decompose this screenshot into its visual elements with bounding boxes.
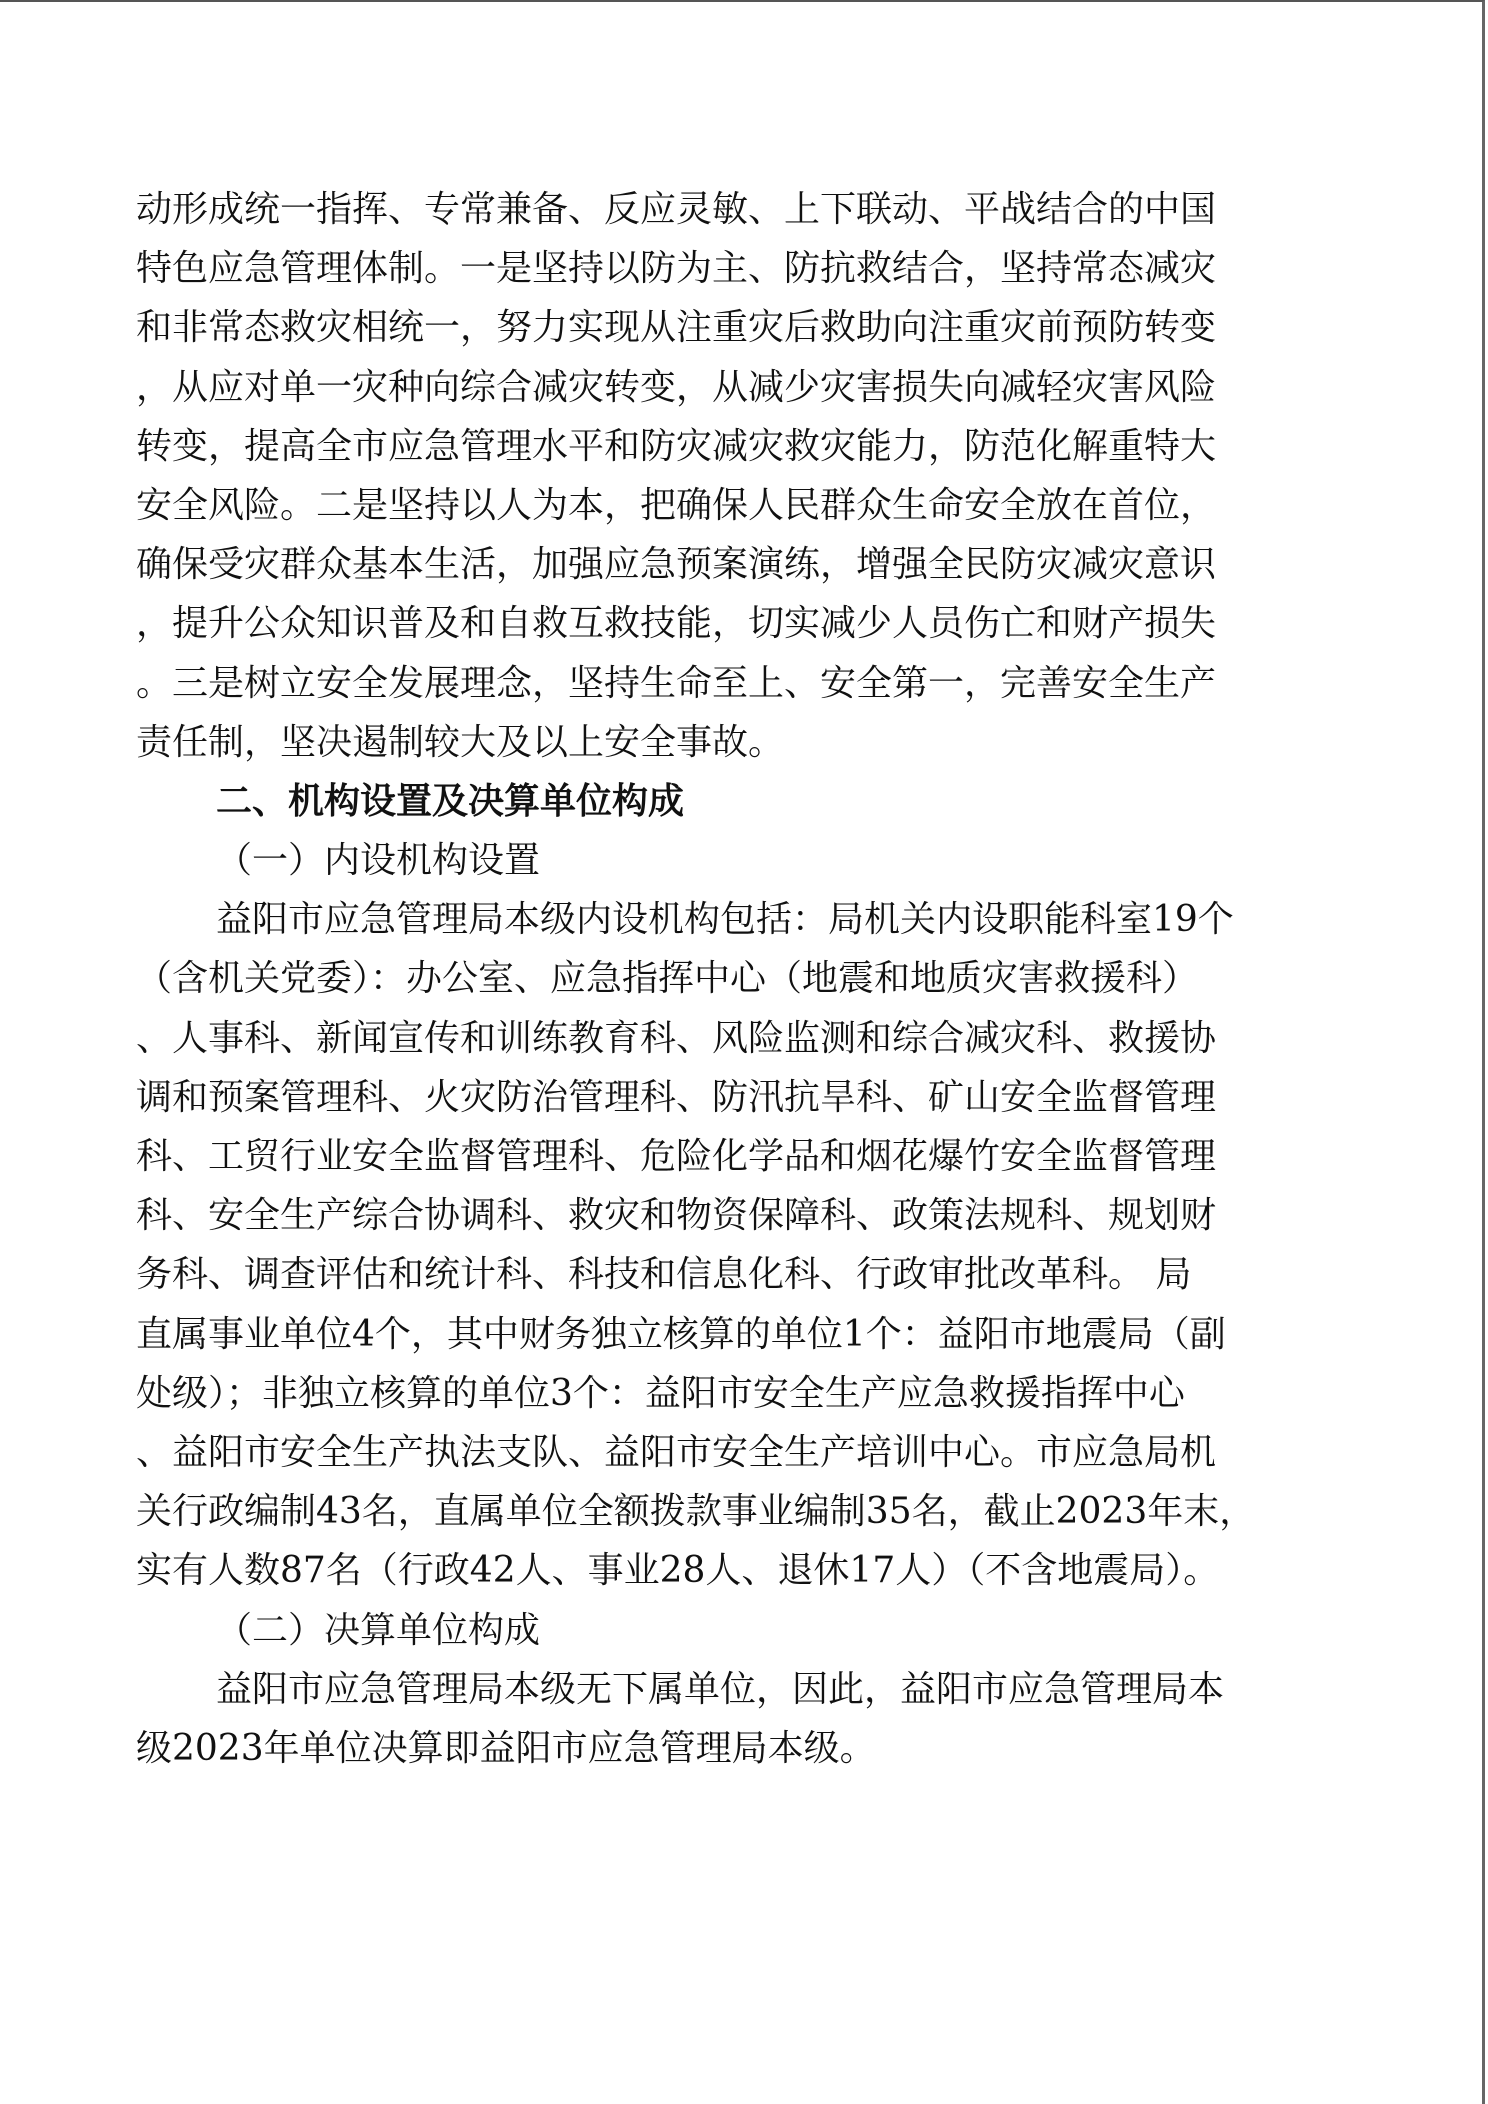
document-body: 动形成统一指挥、专常兼备、反应灵敏、上下联动、平战结合的中国 特色应急管理体制。…	[136, 180, 1336, 1778]
paragraph-line: 确保受灾群众基本生活，加强应急预案演练，增强全民防灾减灾意识	[136, 535, 1336, 594]
subsection-heading: （二）决算单位构成	[136, 1601, 1336, 1660]
paragraph-line: 关行政编制43名，直属单位全额拨款事业编制35名，截止2023年末，	[136, 1482, 1336, 1541]
paragraph-line: 责任制，坚决遏制较大及以上安全事故。	[136, 713, 1336, 772]
paragraph-line: 。三是树立安全发展理念，坚持生命至上、安全第一，完善安全生产	[136, 654, 1336, 713]
paragraph-line: 和非常态救灾相统一，努力实现从注重灾后救助向注重灾前预防转变	[136, 298, 1336, 357]
paragraph-line: 特色应急管理体制。一是坚持以防为主、防抗救结合，坚持常态减灾	[136, 239, 1336, 298]
paragraph-line: （含机关党委）：办公室、应急指挥中心（地震和地质灾害救援科）	[136, 949, 1336, 1008]
section-heading: 二、机构设置及决算单位构成	[136, 772, 1336, 831]
paragraph-line: 直属事业单位4个，其中财务独立核算的单位1个：益阳市地震局（副	[136, 1305, 1336, 1364]
paragraph-line: ，提升公众知识普及和自救互救技能，切实减少人员伤亡和财产损失	[136, 594, 1336, 653]
paragraph-line: 益阳市应急管理局本级无下属单位，因此，益阳市应急管理局本	[136, 1660, 1336, 1719]
paragraph-line: 、益阳市安全生产执法支队、益阳市安全生产培训中心。市应急局机	[136, 1423, 1336, 1482]
paragraph-line: ，从应对单一灾种向综合减灾转变，从减少灾害损失向减轻灾害风险	[136, 358, 1336, 417]
document-page: 动形成统一指挥、专常兼备、反应灵敏、上下联动、平战结合的中国 特色应急管理体制。…	[0, 0, 1485, 2104]
paragraph-line: 科、工贸行业安全监督管理科、危险化学品和烟花爆竹安全监督管理	[136, 1127, 1336, 1186]
paragraph-line: 科、安全生产综合协调科、救灾和物资保障科、政策法规科、规划财	[136, 1186, 1336, 1245]
subsection-heading: （一）内设机构设置	[136, 831, 1336, 890]
paragraph-line: 安全风险。二是坚持以人为本，把确保人民群众生命安全放在首位，	[136, 476, 1336, 535]
paragraph-line: 转变，提高全市应急管理水平和防灾减灾救灾能力，防范化解重特大	[136, 417, 1336, 476]
paragraph-line: 动形成统一指挥、专常兼备、反应灵敏、上下联动、平战结合的中国	[136, 180, 1336, 239]
paragraph-line: 调和预案管理科、火灾防治管理科、防汛抗旱科、矿山安全监督管理	[136, 1068, 1336, 1127]
paragraph-line: 益阳市应急管理局本级内设机构包括：局机关内设职能科室19个	[136, 890, 1336, 949]
paragraph-line: 级2023年单位决算即益阳市应急管理局本级。	[136, 1719, 1336, 1778]
paragraph-line: 、人事科、新闻宣传和训练教育科、风险监测和综合减灾科、救援协	[136, 1009, 1336, 1068]
paragraph-line: 实有人数87名（行政42人、事业28人、退休17人）（不含地震局）。	[136, 1541, 1336, 1600]
paragraph-line: 务科、调查评估和统计科、科技和信息化科、行政审批改革科。 局	[136, 1245, 1336, 1304]
paragraph-line: 处级）；非独立核算的单位3个：益阳市安全生产应急救援指挥中心	[136, 1364, 1336, 1423]
